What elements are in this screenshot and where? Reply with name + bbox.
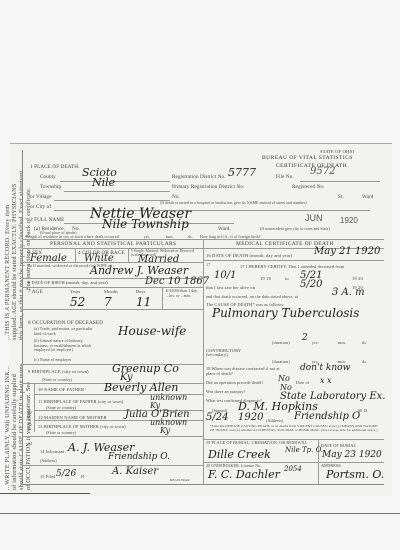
received-stamp-month: JUN	[305, 213, 323, 223]
less-than-day-label: If LESS than 1 day, ...hrs. or ...min.	[166, 289, 200, 299]
operation-label: Did an operation precede death?	[206, 380, 263, 385]
informant-label: 14 Informant	[40, 449, 64, 454]
duration-value: 2	[302, 333, 308, 343]
mother-birthplace-state: Ky	[160, 426, 170, 435]
margin-note: of information should be carefully suppl…	[11, 374, 18, 490]
contracted-value: don't know	[300, 363, 350, 373]
years-label: Years	[70, 289, 80, 294]
registrar-value: A. Kaiser	[112, 466, 158, 477]
burial-place-extra: Nile Tp. O.	[285, 446, 323, 454]
last-saw-date: 5/20	[300, 279, 322, 290]
operation-date-label: Date of	[296, 380, 309, 385]
city-label: or City of	[30, 204, 51, 210]
residence-value: Nile Township	[102, 217, 189, 231]
duration-yrs: yrs.	[312, 340, 319, 345]
father-birthplace-label: 11 BIRTHPLACE OF FATHER (city or town)	[38, 399, 123, 404]
township-label: Township	[40, 184, 61, 190]
registrar-label: REGISTRAR	[170, 478, 190, 482]
burial-place-value: Dille Creek	[208, 448, 271, 461]
parents-divider	[34, 383, 35, 432]
reg-district-value: 5777	[228, 166, 256, 179]
occupation-c-label: (c) Name of employer	[34, 357, 71, 362]
cell-divider	[162, 287, 163, 309]
village-line	[54, 200, 170, 201]
margin-note: supplied. AGE should be stated EXACTLY. …	[11, 184, 18, 340]
margin-note: ...WRITE PLAINLY, With UNFADING INK...	[4, 366, 11, 490]
occupation-b-label: (b) General nature of Industry, business…	[34, 339, 98, 353]
attended-to-year: 19 20	[352, 276, 363, 281]
burial-date-value: May 23 1920	[322, 450, 382, 460]
filed-label: 15 Filed	[40, 474, 55, 479]
nonresident-note: (If nonresident give city or town and St…	[260, 227, 330, 231]
parents-label: PARENTS	[27, 409, 32, 430]
duration-mos: mos.	[338, 340, 346, 345]
file-line	[300, 181, 380, 182]
ward-label: Ward	[362, 194, 374, 200]
attended-to-label: to	[285, 276, 289, 281]
contracted-label: 18 Where was disease contracted if not a…	[206, 366, 286, 376]
months-label: Months	[104, 289, 118, 294]
signed-year-value: 1920	[238, 412, 263, 423]
operation-value: No	[278, 374, 290, 383]
row-divider	[203, 260, 384, 261]
dob-value: Dec 10 1867	[145, 276, 209, 287]
age-months-value: 7	[104, 295, 112, 309]
mother-birthplace-label: 13 BIRTHPLACE OF MOTHER (city or town)	[38, 424, 126, 429]
bureau-title: BUREAU OF VITAL STATISTICS	[262, 155, 353, 161]
village-label: or Village	[30, 194, 51, 200]
cause-value: Pulmonary Tuberculosis	[212, 306, 359, 320]
informant-number: 14	[28, 441, 32, 446]
certify-label: 17 I HEREBY CERTIFY, That I attended dec…	[240, 264, 344, 269]
age-days-value: 11	[136, 295, 151, 309]
last-saw-label: that I last saw her alive on	[206, 285, 255, 290]
signed-date-value: 5/24	[206, 412, 228, 423]
duration-label: (duration)	[272, 340, 290, 345]
autopsy-label: Was there an autopsy?	[206, 389, 246, 394]
attended-from-date: 10/1	[214, 270, 236, 281]
birthplace-state-label: (State or country)	[42, 377, 72, 382]
undertaker-license: 2054	[284, 465, 302, 473]
filed-date-value: 5/26	[56, 469, 76, 479]
death-time-label: and that death occurred, on the date sta…	[206, 294, 298, 299]
township-line	[64, 191, 170, 192]
age-years-value: 52	[70, 295, 85, 309]
dob-label: 6 DATE OF BIRTH (month, day, and year)	[28, 280, 108, 285]
age-label: 7 AGE	[28, 289, 43, 295]
file-no-value: 9572	[310, 166, 335, 177]
burial-date-label: DATE OF BURIAL	[321, 443, 356, 448]
residence-ward-label: Ward.	[218, 226, 231, 232]
cell-divider	[75, 248, 76, 262]
certify-number: 17	[206, 262, 210, 267]
attended-from-year: 19 18	[260, 276, 271, 281]
contributory-ds: ds.	[362, 359, 367, 364]
primary-district-label: Primary Registration District No.	[172, 184, 244, 190]
received-stamp-year: 1920	[340, 216, 358, 225]
full-name-label: 2 FULL NAME	[30, 217, 64, 223]
mother-birthplace-state-label: (State or country)	[46, 430, 76, 435]
days-label: Days	[136, 289, 145, 294]
date-of-death-value: May 21 1920	[314, 246, 380, 257]
margin-note: ...THIS IS A PERMANENT RECORD. Every ite…	[4, 205, 11, 340]
contributory-duration-label: (duration)	[272, 359, 290, 364]
township-value: Nile	[92, 176, 115, 189]
row-divider	[22, 436, 203, 437]
informant-address-value: Friendship O.	[108, 452, 170, 462]
row-divider	[22, 309, 203, 310]
burial-label: 19 PLACE OF BURIAL, CREMATION, OR REMOVA…	[206, 441, 316, 445]
page-edge	[0, 513, 400, 514]
father-name-label: 10 NAME OF FATHER	[38, 387, 84, 392]
place-of-death-label: 1 PLACE OF DEATH.	[30, 164, 80, 170]
registered-no-label: Registered No.	[292, 184, 325, 190]
contributory-label: CONTRIBUTORY (secondary)	[206, 349, 242, 357]
duration-ds: ds.	[362, 340, 367, 345]
occupation-a-label: (a) Trade, profession, or particular kin…	[34, 326, 94, 336]
physician-address-value: Friendship O	[294, 411, 360, 422]
cause-footnote: *State the DISEASE CAUSING DEATH, or in …	[210, 424, 382, 432]
street-no-label: No.	[172, 194, 180, 200]
birthplace-label: 9 BIRTHPLACE (city or town)	[28, 369, 89, 374]
page-edge	[0, 493, 90, 494]
date-of-death-label: 16 DATE OF DEATH (month, day and year)	[206, 253, 292, 258]
row-divider	[22, 287, 203, 288]
state-label: STATE OF OHIO	[320, 149, 354, 154]
death-time-value: 3 A. m	[332, 287, 365, 298]
county-label: County	[40, 174, 56, 180]
occupation-value: House-wife	[118, 324, 186, 338]
informant-address-label: (Address)	[40, 458, 57, 463]
reg-district-label: Registration District No.	[172, 174, 226, 180]
filed-year: 19	[80, 474, 85, 479]
st-label: St.	[338, 194, 344, 200]
personal-section-title: PERSONAL AND STATISTICAL PARTICULARS	[50, 241, 176, 247]
cell-divider	[128, 248, 129, 262]
form-bottom	[22, 484, 384, 485]
undertaker-value: F. C. Dachler	[208, 468, 280, 481]
hospital-note: (If death occurred in a hospital or inst…	[160, 201, 307, 205]
undertaker-address-value: Portsm. O.	[326, 468, 384, 481]
operation-date-value: x x	[320, 376, 332, 385]
physician-address-label: (Address)	[266, 418, 283, 423]
file-no-label: File No.	[276, 174, 294, 180]
